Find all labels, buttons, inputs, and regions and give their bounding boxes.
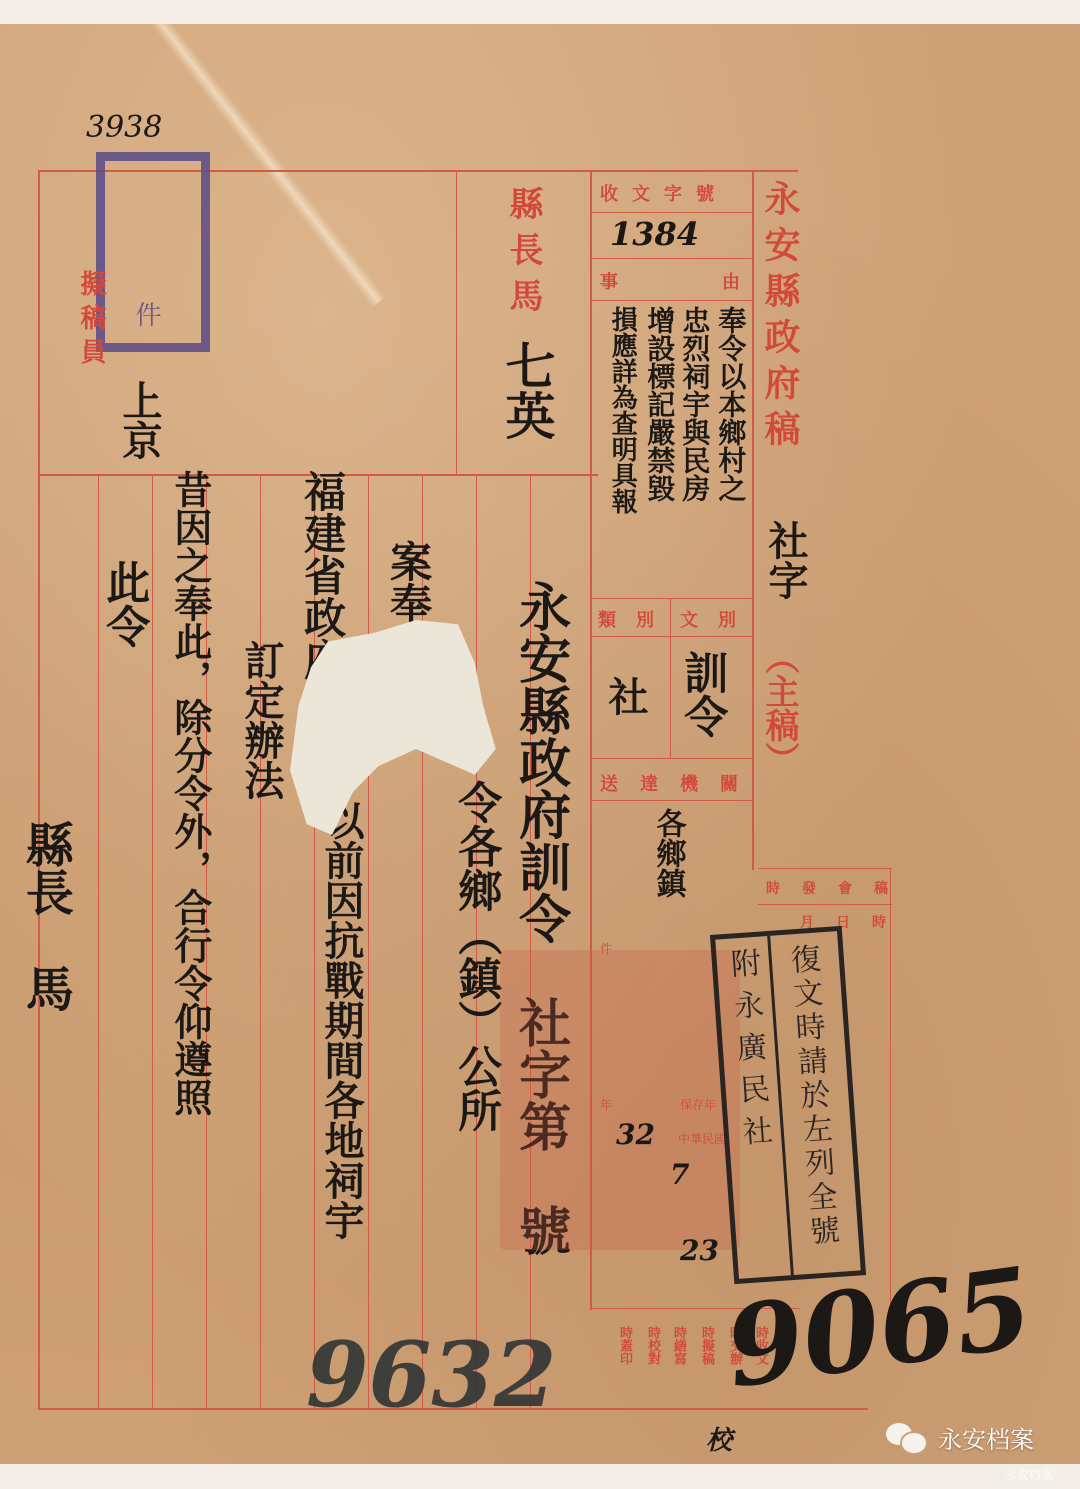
body-column: 訂定辦法	[240, 640, 282, 800]
magistrate-label: 縣長馬	[506, 186, 540, 324]
rule	[590, 758, 752, 759]
watermark-channel-name: 永安档案	[938, 1420, 1034, 1455]
body-column: 令各鄉（鎮）公所	[452, 780, 498, 1132]
wechat-watermark: 永安档案	[886, 1420, 1034, 1455]
workflow-step: 時繕寫	[672, 1326, 685, 1365]
rule	[456, 170, 457, 474]
purple-stamp-text: 件	[133, 301, 159, 327]
rule	[890, 868, 891, 1308]
drafter-signature: 上京	[118, 380, 160, 460]
stamp-right-column: 復文時請於左列全號	[786, 943, 837, 1250]
body-column: 此令	[100, 560, 146, 648]
rule	[590, 300, 752, 301]
body-column: 昔因之奉此，除分令外，合行令仰遵照	[170, 470, 210, 1116]
reply-instruction-stamp: 復文時請於左列全號 附永廣民社	[710, 926, 866, 1284]
doc-type-value: 訓令	[678, 650, 724, 738]
date-year: 32	[616, 1120, 655, 1149]
receipt-no-value: 1384	[610, 218, 699, 252]
dispatch-table-header: 時發會稿	[766, 878, 910, 898]
cell-label: 年	[600, 1096, 612, 1113]
cell-label: 中華民國	[678, 1130, 726, 1147]
body-column: 以前因抗戰期間各地祠宇	[320, 800, 362, 1240]
date-day: 23	[680, 1236, 719, 1265]
subject-line: 損應詳為查明具報	[608, 306, 635, 514]
workflow-step: 時擬稿	[700, 1326, 713, 1365]
date-month: 7	[670, 1160, 689, 1189]
drafter-label: 擬稿員	[78, 270, 104, 372]
rule	[590, 258, 752, 259]
rule	[758, 904, 892, 905]
body-column: 縣長 馬	[20, 820, 70, 1012]
category-value: 社	[604, 676, 646, 716]
form-left-border	[38, 170, 40, 1410]
form-title: 永安縣政府稿	[762, 180, 798, 456]
category-label: 類別	[598, 606, 674, 632]
recipient-label: 送達機關	[600, 770, 760, 796]
form-title-suffix: （主稿）	[762, 640, 796, 776]
archive-number-secondary: 9632	[306, 1328, 557, 1423]
cell-label: 件	[600, 940, 612, 957]
cell-label: 保存年	[680, 1096, 716, 1113]
bottom-handwritten-mark: 校	[706, 1428, 732, 1455]
subject-label: 事由	[600, 268, 844, 294]
workflow-step: 時蓋印	[618, 1326, 631, 1365]
rule	[590, 800, 752, 801]
rule	[368, 474, 369, 1408]
stamp-left-column: 附永廣民社	[726, 947, 771, 1159]
subject-line: 增設標記嚴禁毀	[645, 306, 674, 502]
purple-receipt-stamp: 件	[96, 152, 210, 352]
rule	[590, 212, 752, 213]
body-column: 案奉	[386, 540, 430, 624]
rule	[758, 868, 892, 869]
top-handwritten-number: 3938	[86, 112, 162, 144]
rule	[590, 598, 752, 599]
rule	[260, 474, 261, 1408]
workflow-step: 時校對	[646, 1326, 659, 1365]
watermark-caption: 永安档案	[1005, 1466, 1053, 1483]
subject-line: 忠烈祠宇與民房	[680, 306, 709, 502]
rule	[152, 474, 153, 1408]
subject-line: 奉令以本鄉村之	[716, 306, 745, 502]
wechat-icon	[886, 1421, 930, 1455]
receipt-no-label: 收文字號	[600, 180, 728, 206]
title-handwritten-insert: 社字	[764, 520, 806, 600]
doc-type-label: 文別	[680, 606, 756, 632]
recipient-value: 各鄉鎮	[652, 808, 684, 898]
magistrate-signature: 七英	[500, 340, 553, 440]
rule	[590, 636, 752, 637]
